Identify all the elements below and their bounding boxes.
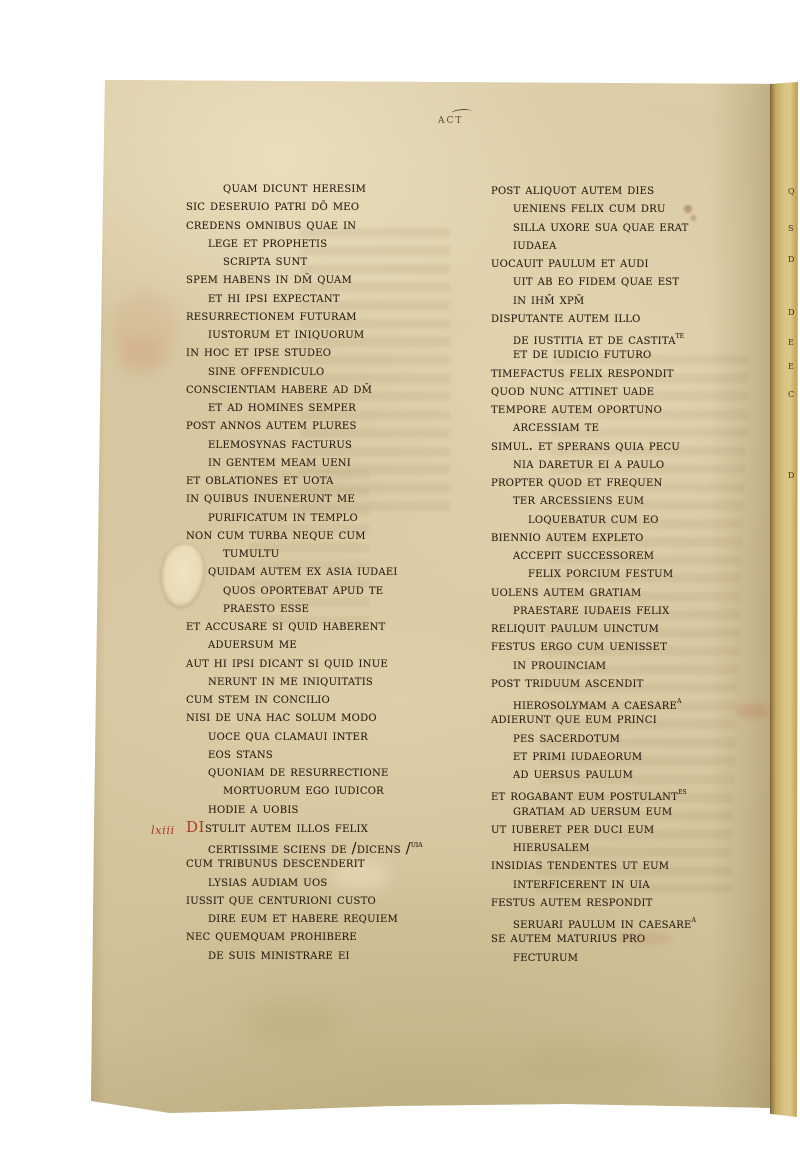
manuscript-line: sic deseruio patri dō meo xyxy=(186,197,486,215)
line-text: sic deseruio patri dō meo xyxy=(186,198,359,214)
manuscript-line: spem habens in dm̄ quam xyxy=(186,270,486,288)
line-text: uocauit paulum et audi xyxy=(491,255,649,271)
interlinear-gloss: es xyxy=(678,787,687,797)
line-text: stulit autem illos felix xyxy=(205,820,368,836)
manuscript-line: praestare iudaeis felix xyxy=(491,601,791,619)
text-column-right: post aliquot autem diesueniens felix cum… xyxy=(491,181,791,966)
manuscript-line: uit ab eo fidem quae est xyxy=(491,272,791,290)
manuscript-line: in ihm̄ xpm̄ xyxy=(491,291,791,309)
manuscript-line: uocauit paulum et audi xyxy=(491,254,791,272)
manuscript-line: in hoc et ipse studeo xyxy=(186,343,486,361)
line-text: reliquit paulum uinctum xyxy=(491,620,659,636)
line-text: spem habens in dm̄ quam xyxy=(186,271,352,287)
manuscript-line: quod nunc attinet uade xyxy=(491,382,791,400)
line-text: propter quod et frequen xyxy=(491,474,663,490)
line-text: et de iudicio futuro xyxy=(513,346,651,362)
line-text: quoniam de resurrectione xyxy=(208,764,389,780)
line-text: ter arcessiens eum xyxy=(513,492,644,508)
text-column-left: quam dicunt heresimsic deseruio patri dō… xyxy=(186,179,486,964)
manuscript-line: hierusalem xyxy=(491,838,791,856)
manuscript-line: nisi de una hac solum modo xyxy=(186,708,486,726)
line-text: sine offendiculo xyxy=(208,363,324,379)
manuscript-line: sine offendiculo xyxy=(186,362,486,380)
manuscript-line: biennio autem expleto xyxy=(491,528,791,546)
manuscript-line: conscientiam habere ad dm̄ xyxy=(186,380,486,398)
line-text: conscientiam habere ad dm̄ xyxy=(186,381,372,397)
manuscript-line: tumultu xyxy=(186,544,486,562)
rubric-initial: di xyxy=(186,813,205,837)
line-text: festus autem respondit xyxy=(491,894,653,910)
manuscript-line: post annos autem plures xyxy=(186,416,486,434)
manuscript-line: aduersum me xyxy=(186,635,486,653)
line-text: in quibus inuenerunt me xyxy=(186,490,355,506)
line-text: silla uxore sua quae erat xyxy=(513,219,689,235)
line-text: ut iuberet per duci eum xyxy=(491,821,654,837)
line-text: festus ergo cum uenisset xyxy=(491,638,667,654)
line-text: et primi iudaeorum xyxy=(513,748,642,764)
line-text: biennio autem expleto xyxy=(491,529,644,545)
manuscript-line: quos oportebat apud te xyxy=(186,581,486,599)
line-text: post triduum ascendit xyxy=(491,675,644,691)
manuscript-line: tempore autem oportuno xyxy=(491,400,791,418)
manuscript-line: et oblationes et uota xyxy=(186,471,486,489)
manuscript-line: de suis ministrare ei xyxy=(186,946,486,964)
manuscript-line: in gentem meam ueni xyxy=(186,453,486,471)
manuscript-line: quam dicunt heresim xyxy=(186,179,486,197)
manuscript-line: fecturum xyxy=(491,948,791,966)
manuscript-line: ut iuberet per duci eum xyxy=(491,820,791,838)
manuscript-line: uoce qua clamaui inter xyxy=(186,727,486,745)
manuscript-line: loquebatur cum eo xyxy=(491,510,791,528)
manuscript-line: nerunt in me iniquitatis xyxy=(186,672,486,690)
line-text: ad uersus paulum xyxy=(513,766,633,782)
line-text: cum stem in concilio xyxy=(186,691,330,707)
line-text: lege et prophetis xyxy=(208,235,327,251)
line-text: iudaea xyxy=(513,237,557,253)
line-text: in hoc et ipse studeo xyxy=(186,344,331,360)
line-text: uit ab eo fidem quae est xyxy=(513,273,679,289)
manuscript-line: et ad homines semper xyxy=(186,398,486,416)
manuscript-line: adierunt que eum princi xyxy=(491,710,791,728)
line-text: aduersum me xyxy=(208,636,297,652)
manuscript-line: in quibus inuenerunt me xyxy=(186,489,486,507)
line-text: quod nunc attinet uade xyxy=(491,383,654,399)
line-text: eos stans xyxy=(208,746,273,762)
line-text: cum tribunus descenderit xyxy=(186,855,365,871)
manuscript-line: felix porcium festum xyxy=(491,564,791,582)
interlinear-gloss: te xyxy=(676,331,684,341)
interlinear-gloss: a xyxy=(692,915,696,925)
manuscript-line: post aliquot autem dies xyxy=(491,181,791,199)
manuscript-line: gratiam ad uersum eum xyxy=(491,802,791,820)
manuscript-line: uolens autem gratiam xyxy=(491,583,791,601)
manuscript-line: cum stem in concilio xyxy=(186,690,486,708)
manuscript-line: festus ergo cum uenisset xyxy=(491,637,791,655)
manuscript-line: praesto esse xyxy=(186,599,486,617)
manuscript-line: iustorum et iniquorum xyxy=(186,325,486,343)
line-text: insidias tendentes ut eum xyxy=(491,857,669,873)
line-text: scripta sunt xyxy=(223,253,307,269)
manuscript-line: hierosolymam a caesarea xyxy=(491,692,791,710)
line-text: praestare iudaeis felix xyxy=(513,602,669,618)
line-text: fecturum xyxy=(513,949,578,965)
line-text: tumultu xyxy=(223,545,279,561)
manuscript-line: insidias tendentes ut eum xyxy=(491,856,791,874)
manuscript-line: nia daretur ei a paulo xyxy=(491,455,791,473)
manuscript-line: certissime sciens de /dicens /uia xyxy=(186,836,486,854)
line-text: et ad homines semper xyxy=(208,399,356,415)
line-text: purificatum in templo xyxy=(208,509,358,525)
line-text: quam dicunt heresim xyxy=(223,180,366,196)
manuscript-line: resurrectionem futuram xyxy=(186,307,486,325)
line-text: arcessiam te xyxy=(513,419,599,435)
manuscript-line: iudaea xyxy=(491,236,791,254)
manuscript-line: lxiiidistulit autem illos felix xyxy=(186,818,486,836)
manuscript-line: elemosynas facturus xyxy=(186,435,486,453)
line-text: post annos autem plures xyxy=(186,417,357,433)
manuscript-line: quidam autem ex asia iudaei xyxy=(186,562,486,580)
line-text: nisi de una hac solum modo xyxy=(186,709,377,725)
manuscript-line: post triduum ascendit xyxy=(491,674,791,692)
interlinear-gloss: a xyxy=(677,696,681,706)
manuscript-line: de iustitia et de castitate xyxy=(491,327,791,345)
line-text: elemosynas facturus xyxy=(208,436,352,452)
line-text: pes sacerdotum xyxy=(513,730,620,746)
manuscript-line: timefactus felix respondit xyxy=(491,364,791,382)
line-text: iustorum et iniquorum xyxy=(208,326,364,342)
line-text: in ihm̄ xpm̄ xyxy=(513,292,584,308)
manuscript-line: non cum turba neque cum xyxy=(186,526,486,544)
manuscript-line: simul. et sperans quia pecu xyxy=(491,437,791,455)
line-text: non cum turba neque cum xyxy=(186,527,366,543)
line-text: in gentem meam ueni xyxy=(208,454,351,470)
line-text: uoce qua clamaui inter xyxy=(208,728,368,744)
line-text: loquebatur cum eo xyxy=(528,511,659,527)
line-text: uolens autem gratiam xyxy=(491,584,642,600)
line-text: iussit que centurioni custo xyxy=(186,892,376,908)
line-text: et hi ipsi expectant xyxy=(208,290,340,306)
line-text: et oblationes et uota xyxy=(186,472,334,488)
line-text: dire eum et habere requiem xyxy=(208,910,398,926)
manuscript-line: iussit que centurioni custo xyxy=(186,891,486,909)
line-text: hierusalem xyxy=(513,839,590,855)
line-text: nec quemquam prohibere xyxy=(186,928,357,944)
line-text: quidam autem ex asia iudaei xyxy=(208,563,398,579)
line-text: nia daretur ei a paulo xyxy=(513,456,664,472)
line-text: nerunt in me iniquitatis xyxy=(208,673,373,689)
line-text: de suis ministrare ei xyxy=(208,947,350,963)
line-text: hodie a uobis xyxy=(208,801,299,817)
line-text: se autem maturius pro xyxy=(491,930,645,946)
manuscript-line: festus autem respondit xyxy=(491,893,791,911)
manuscript-line: mortuorum ego iudicor xyxy=(186,781,486,799)
line-text: interficerent in uia xyxy=(513,876,650,892)
manuscript-line: arcessiam te xyxy=(491,418,791,436)
line-text: in prouinciam xyxy=(513,657,606,673)
section-number: lxiii xyxy=(151,821,175,839)
line-text: resurrectionem futuram xyxy=(186,308,357,324)
line-text: adierunt que eum princi xyxy=(491,711,657,727)
manuscript-line: accepit successorem xyxy=(491,546,791,564)
line-text: credens omnibus quae in xyxy=(186,217,356,233)
manuscript-line: purificatum in templo xyxy=(186,508,486,526)
line-text: tempore autem oportuno xyxy=(491,401,662,417)
manuscript-line: interficerent in uia xyxy=(491,875,791,893)
line-text: accepit successorem xyxy=(513,547,654,563)
manuscript-line: cum tribunus descenderit xyxy=(186,854,486,872)
photograph-of-manuscript: { "document": { "kind": "Uncial Latin ma… xyxy=(0,0,800,1170)
manuscript-line: ter arcessiens eum xyxy=(491,491,791,509)
manuscript-line: et hi ipsi expectant xyxy=(186,289,486,307)
manuscript-line: eos stans xyxy=(186,745,486,763)
manuscript-line: seruari paulum in caesarea xyxy=(491,911,791,929)
line-text: mortuorum ego iudicor xyxy=(223,782,384,798)
manuscript-line: silla uxore sua quae erat xyxy=(491,218,791,236)
manuscript-line: quoniam de resurrectione xyxy=(186,763,486,781)
line-text: quos oportebat apud te xyxy=(223,582,383,598)
manuscript-line: reliquit paulum uinctum xyxy=(491,619,791,637)
line-text: lysias audiam uos xyxy=(208,874,328,890)
manuscript-line: dire eum et habere requiem xyxy=(186,909,486,927)
line-text: post aliquot autem dies xyxy=(491,182,654,198)
manuscript-line: in prouinciam xyxy=(491,656,791,674)
manuscript-line: et rogabant eum postulantes xyxy=(491,783,791,801)
manuscript-line: credens omnibus quae in xyxy=(186,216,486,234)
line-text: ueniens felix cum dru xyxy=(513,200,666,216)
line-text: gratiam ad uersum eum xyxy=(513,803,672,819)
manuscript-line: et primi iudaeorum xyxy=(491,747,791,765)
interlinear-gloss: uia xyxy=(411,840,423,850)
manuscript-line: ad uersus paulum xyxy=(491,765,791,783)
line-text: simul. et sperans quia pecu xyxy=(491,438,680,454)
manuscript-line: propter quod et frequen xyxy=(491,473,791,491)
manuscript-line: lege et prophetis xyxy=(186,234,486,252)
line-text: timefactus felix respondit xyxy=(491,365,674,381)
manuscript-line: disputante autem illo xyxy=(491,309,791,327)
manuscript-line: et de iudicio futuro xyxy=(491,345,791,363)
manuscript-line: se autem maturius pro xyxy=(491,929,791,947)
manuscript-line: lysias audiam uos xyxy=(186,873,486,891)
manuscript-line: ueniens felix cum dru xyxy=(491,199,791,217)
line-text: et accusare si quid haberent xyxy=(186,618,386,634)
manuscript-line: hodie a uobis xyxy=(186,800,486,818)
line-text: disputante autem illo xyxy=(491,310,641,326)
manuscript-line: aut hi ipsi dicant si quid inue xyxy=(186,654,486,672)
manuscript-line: pes sacerdotum xyxy=(491,729,791,747)
line-text: aut hi ipsi dicant si quid inue xyxy=(186,655,388,671)
manuscript-line: nec quemquam prohibere xyxy=(186,927,486,945)
manuscript-line: et accusare si quid haberent xyxy=(186,617,486,635)
manuscript-line: scripta sunt xyxy=(186,252,486,270)
line-text: praesto esse xyxy=(223,600,309,616)
line-text: felix porcium festum xyxy=(528,565,673,581)
